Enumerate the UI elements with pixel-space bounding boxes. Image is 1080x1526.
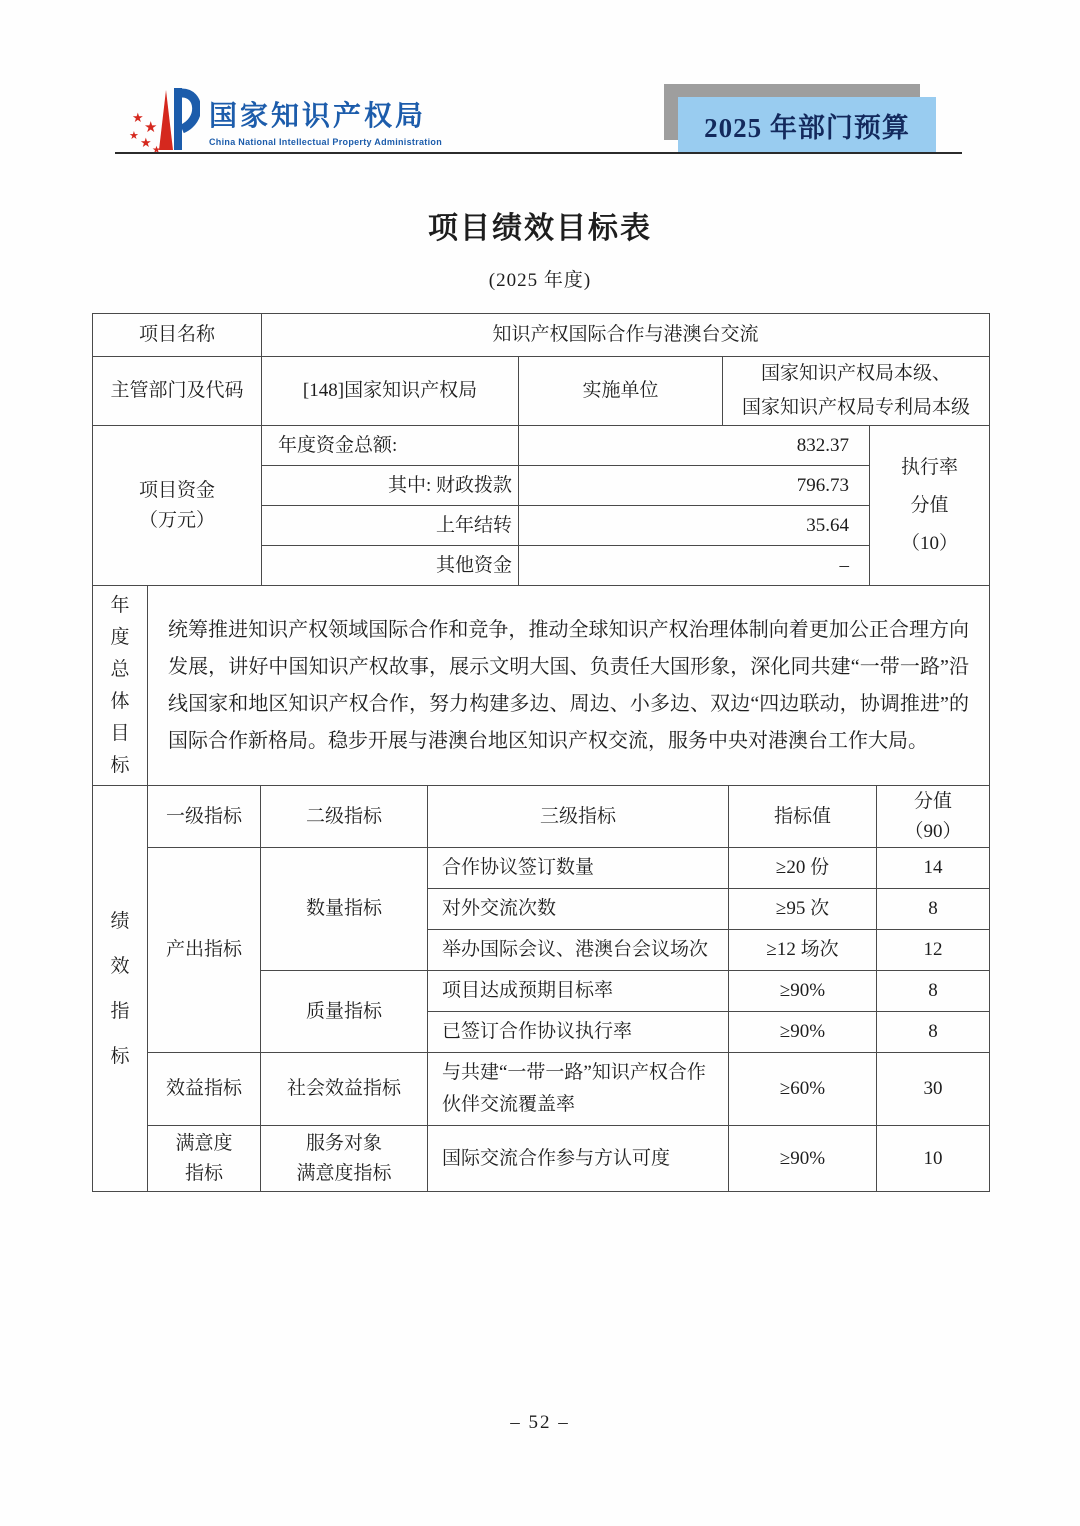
- indicator-score: 10: [877, 1126, 990, 1192]
- indicator-score: 14: [877, 848, 990, 889]
- indicator-target: ≥95 次: [729, 889, 877, 930]
- org-name-cn: 国家知识产权局: [209, 94, 442, 134]
- table-row: 满意度 指标 服务对象 满意度指标 国际交流合作参与方认可度 ≥90% 10: [93, 1126, 990, 1192]
- header-target: 指标值: [729, 786, 877, 848]
- header-level2: 二级指标: [261, 786, 428, 848]
- indicator-target: ≥90%: [729, 971, 877, 1012]
- department-label: 主管部门及代码: [93, 357, 262, 426]
- star-icon: ★: [132, 110, 144, 125]
- indicator-score: 8: [877, 971, 990, 1012]
- execution-rate-label: 执行率 分值 （10）: [870, 426, 990, 586]
- level2-indicator: 服务对象 满意度指标: [261, 1126, 428, 1192]
- fund-row-label: 年度资金总额:: [262, 426, 519, 466]
- fund-row-value: 832.37: [519, 426, 870, 466]
- level1-indicator: 效益指标: [148, 1053, 261, 1126]
- indicator-score: 30: [877, 1053, 990, 1126]
- indicator-target: ≥60%: [729, 1053, 877, 1126]
- document-page: ★ ★ ★ ★ ★ 国家知识产权局 China National Intelle…: [0, 0, 1080, 1526]
- annual-goal-text: 统筹推进知识产权领域国际合作和竞争，推动全球知识产权治理体制向着更加公正合理方向…: [148, 586, 990, 786]
- performance-indicators-table: 绩 效 指 标 一级指标 二级指标 三级指标 指标值 分值 （90） 产出指标 …: [92, 785, 990, 1192]
- indicator-score: 12: [877, 930, 990, 971]
- table-row: 产出指标 数量指标 合作协议签订数量 ≥20 份 14: [93, 848, 990, 889]
- page-subtitle: (2025 年度): [0, 265, 1080, 292]
- annual-goal-table: 年 度 总 体 目 标 统筹推进知识产权领域国际合作和竞争，推动全球知识产权治理…: [92, 585, 990, 786]
- logo-red-wedge: [159, 90, 173, 150]
- level3-indicator: 国际交流合作参与方认可度: [428, 1126, 729, 1192]
- level2-indicator: 质量指标: [261, 971, 428, 1053]
- department-value: [148]国家知识产权局: [262, 357, 519, 426]
- indicator-target: ≥12 场次: [729, 930, 877, 971]
- logo-text: 国家知识产权局 China National Intellectual Prop…: [209, 94, 442, 147]
- logo-p-stem: [174, 88, 182, 150]
- fund-row-label: 其他资金: [262, 546, 519, 586]
- fund-row-label: 上年结转: [262, 506, 519, 546]
- level3-indicator: 与共建“一带一路”知识产权合作伙伴交流覆盖率: [428, 1053, 729, 1126]
- fund-row-value: 796.73: [519, 466, 870, 506]
- org-name-en: China National Intellectual Property Adm…: [209, 137, 442, 147]
- level3-indicator: 合作协议签订数量: [428, 848, 729, 889]
- star-icon: ★: [144, 120, 157, 136]
- header-score: 分值 （90）: [877, 786, 990, 848]
- fund-row-label: 其中: 财政拨款: [262, 466, 519, 506]
- table-header-row: 绩 效 指 标 一级指标 二级指标 三级指标 指标值 分值 （90）: [93, 786, 990, 848]
- level3-indicator: 已签订合作协议执行率: [428, 1012, 729, 1053]
- project-name-value: 知识产权国际合作与港澳台交流: [262, 314, 990, 357]
- implementing-unit-label: 实施单位: [519, 357, 723, 426]
- star-icon: ★: [140, 135, 152, 150]
- table-row: 主管部门及代码 [148]国家知识产权局 实施单位 国家知识产权局本级、 国家知…: [93, 357, 990, 426]
- header-level1: 一级指标: [148, 786, 261, 848]
- table-row: 效益指标 社会效益指标 与共建“一带一路”知识产权合作伙伴交流覆盖率 ≥60% …: [93, 1053, 990, 1126]
- project-info-table: 项目名称 知识产权国际合作与港澳台交流 主管部门及代码 [148]国家知识产权局…: [92, 313, 990, 586]
- fund-row-value: 35.64: [519, 506, 870, 546]
- fund-row-value: –: [519, 546, 870, 586]
- page-number: – 52 –: [0, 1412, 1080, 1434]
- cnipa-logo: ★ ★ ★ ★ ★ 国家知识产权局 China National Intelle…: [128, 84, 442, 156]
- annual-goal-label: 年 度 总 体 目 标: [93, 586, 148, 786]
- star-icon: ★: [129, 130, 139, 142]
- level2-indicator: 数量指标: [261, 848, 428, 971]
- level3-indicator: 举办国际会议、港澳台会议场次: [428, 930, 729, 971]
- indicator-score: 8: [877, 1012, 990, 1053]
- level1-indicator: 产出指标: [148, 848, 261, 1053]
- table-row: 项目资金 （万元） 年度资金总额: 832.37 执行率 分值 （10）: [93, 426, 990, 466]
- header-level3: 三级指标: [428, 786, 729, 848]
- header-divider: [115, 152, 962, 154]
- table-row: 项目名称 知识产权国际合作与港澳台交流: [93, 314, 990, 357]
- performance-target-table: 项目名称 知识产权国际合作与港澳台交流 主管部门及代码 [148]国家知识产权局…: [92, 313, 989, 1192]
- level2-indicator: 社会效益指标: [261, 1053, 428, 1126]
- logo-p-bowl: [182, 93, 197, 129]
- indicator-target: ≥90%: [729, 1012, 877, 1053]
- level1-indicator: 满意度 指标: [148, 1126, 261, 1192]
- implementing-unit-value: 国家知识产权局本级、 国家知识产权局专利局本级: [723, 357, 990, 426]
- project-name-label: 项目名称: [93, 314, 262, 357]
- funds-label: 项目资金 （万元）: [93, 426, 262, 586]
- budget-badge: 2025 年部门预算: [664, 84, 938, 154]
- badge-label: 2025 年部门预算: [678, 97, 936, 154]
- level3-indicator: 项目达成预期目标率: [428, 971, 729, 1012]
- level3-indicator: 对外交流次数: [428, 889, 729, 930]
- performance-label: 绩 效 指 标: [93, 786, 148, 1192]
- cnipa-logo-mark: ★ ★ ★ ★ ★: [128, 84, 200, 156]
- indicator-target: ≥20 份: [729, 848, 877, 889]
- indicator-score: 8: [877, 889, 990, 930]
- indicator-target: ≥90%: [729, 1126, 877, 1192]
- table-row: 年 度 总 体 目 标 统筹推进知识产权领域国际合作和竞争，推动全球知识产权治理…: [93, 586, 990, 786]
